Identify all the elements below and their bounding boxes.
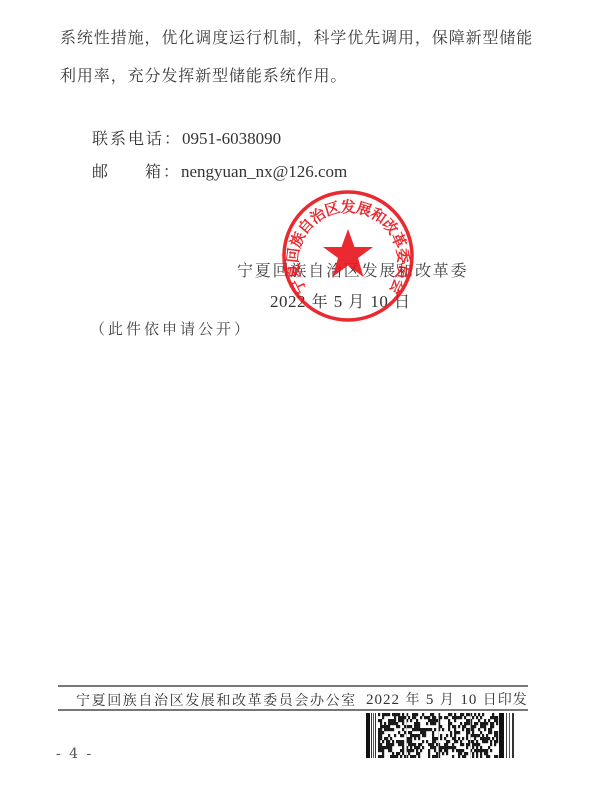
phone-value: 0951-6038090	[182, 129, 281, 148]
footer-month-unit: 月	[434, 692, 460, 708]
official-seal-stamp: 宁夏回族自治区发展和改革委员会	[281, 189, 415, 323]
page-number: - 4 -	[56, 746, 93, 762]
footer-rule-top	[58, 685, 528, 687]
footer-year: 2022	[366, 692, 400, 708]
phone-label: 联系电话：	[92, 129, 182, 148]
footer-issuer: 宁夏回族自治区发展和改革委员会办公室	[76, 690, 357, 710]
body-text-line-2: 利用率，充分发挥新型储能系统作用。	[60, 67, 347, 85]
email-label-b: 箱：	[145, 162, 181, 181]
contact-phone: 联系电话：0951-6038090	[92, 130, 281, 148]
footer-year-unit: 年	[400, 692, 426, 708]
footer-day-unit: 日印发	[477, 692, 527, 708]
star-icon	[323, 229, 373, 277]
email-label-a: 邮	[92, 163, 145, 181]
contact-email: 邮箱：nengyuan_nx@126.com	[92, 163, 347, 181]
email-value: nengyuan_nx@126.com	[181, 162, 347, 181]
body-text-line-1: 系统性措施，优化调度运行机制，科学优先调用，保障新型储能	[60, 29, 533, 47]
footer-rule-bottom	[58, 709, 528, 711]
footer-issue-date: 2022 年 5 月 10 日印发	[366, 689, 528, 709]
footer-day: 10	[460, 692, 477, 708]
pdf417-barcode-icon	[366, 713, 517, 758]
disclosure-note: （此件依申请公开）	[90, 318, 252, 339]
